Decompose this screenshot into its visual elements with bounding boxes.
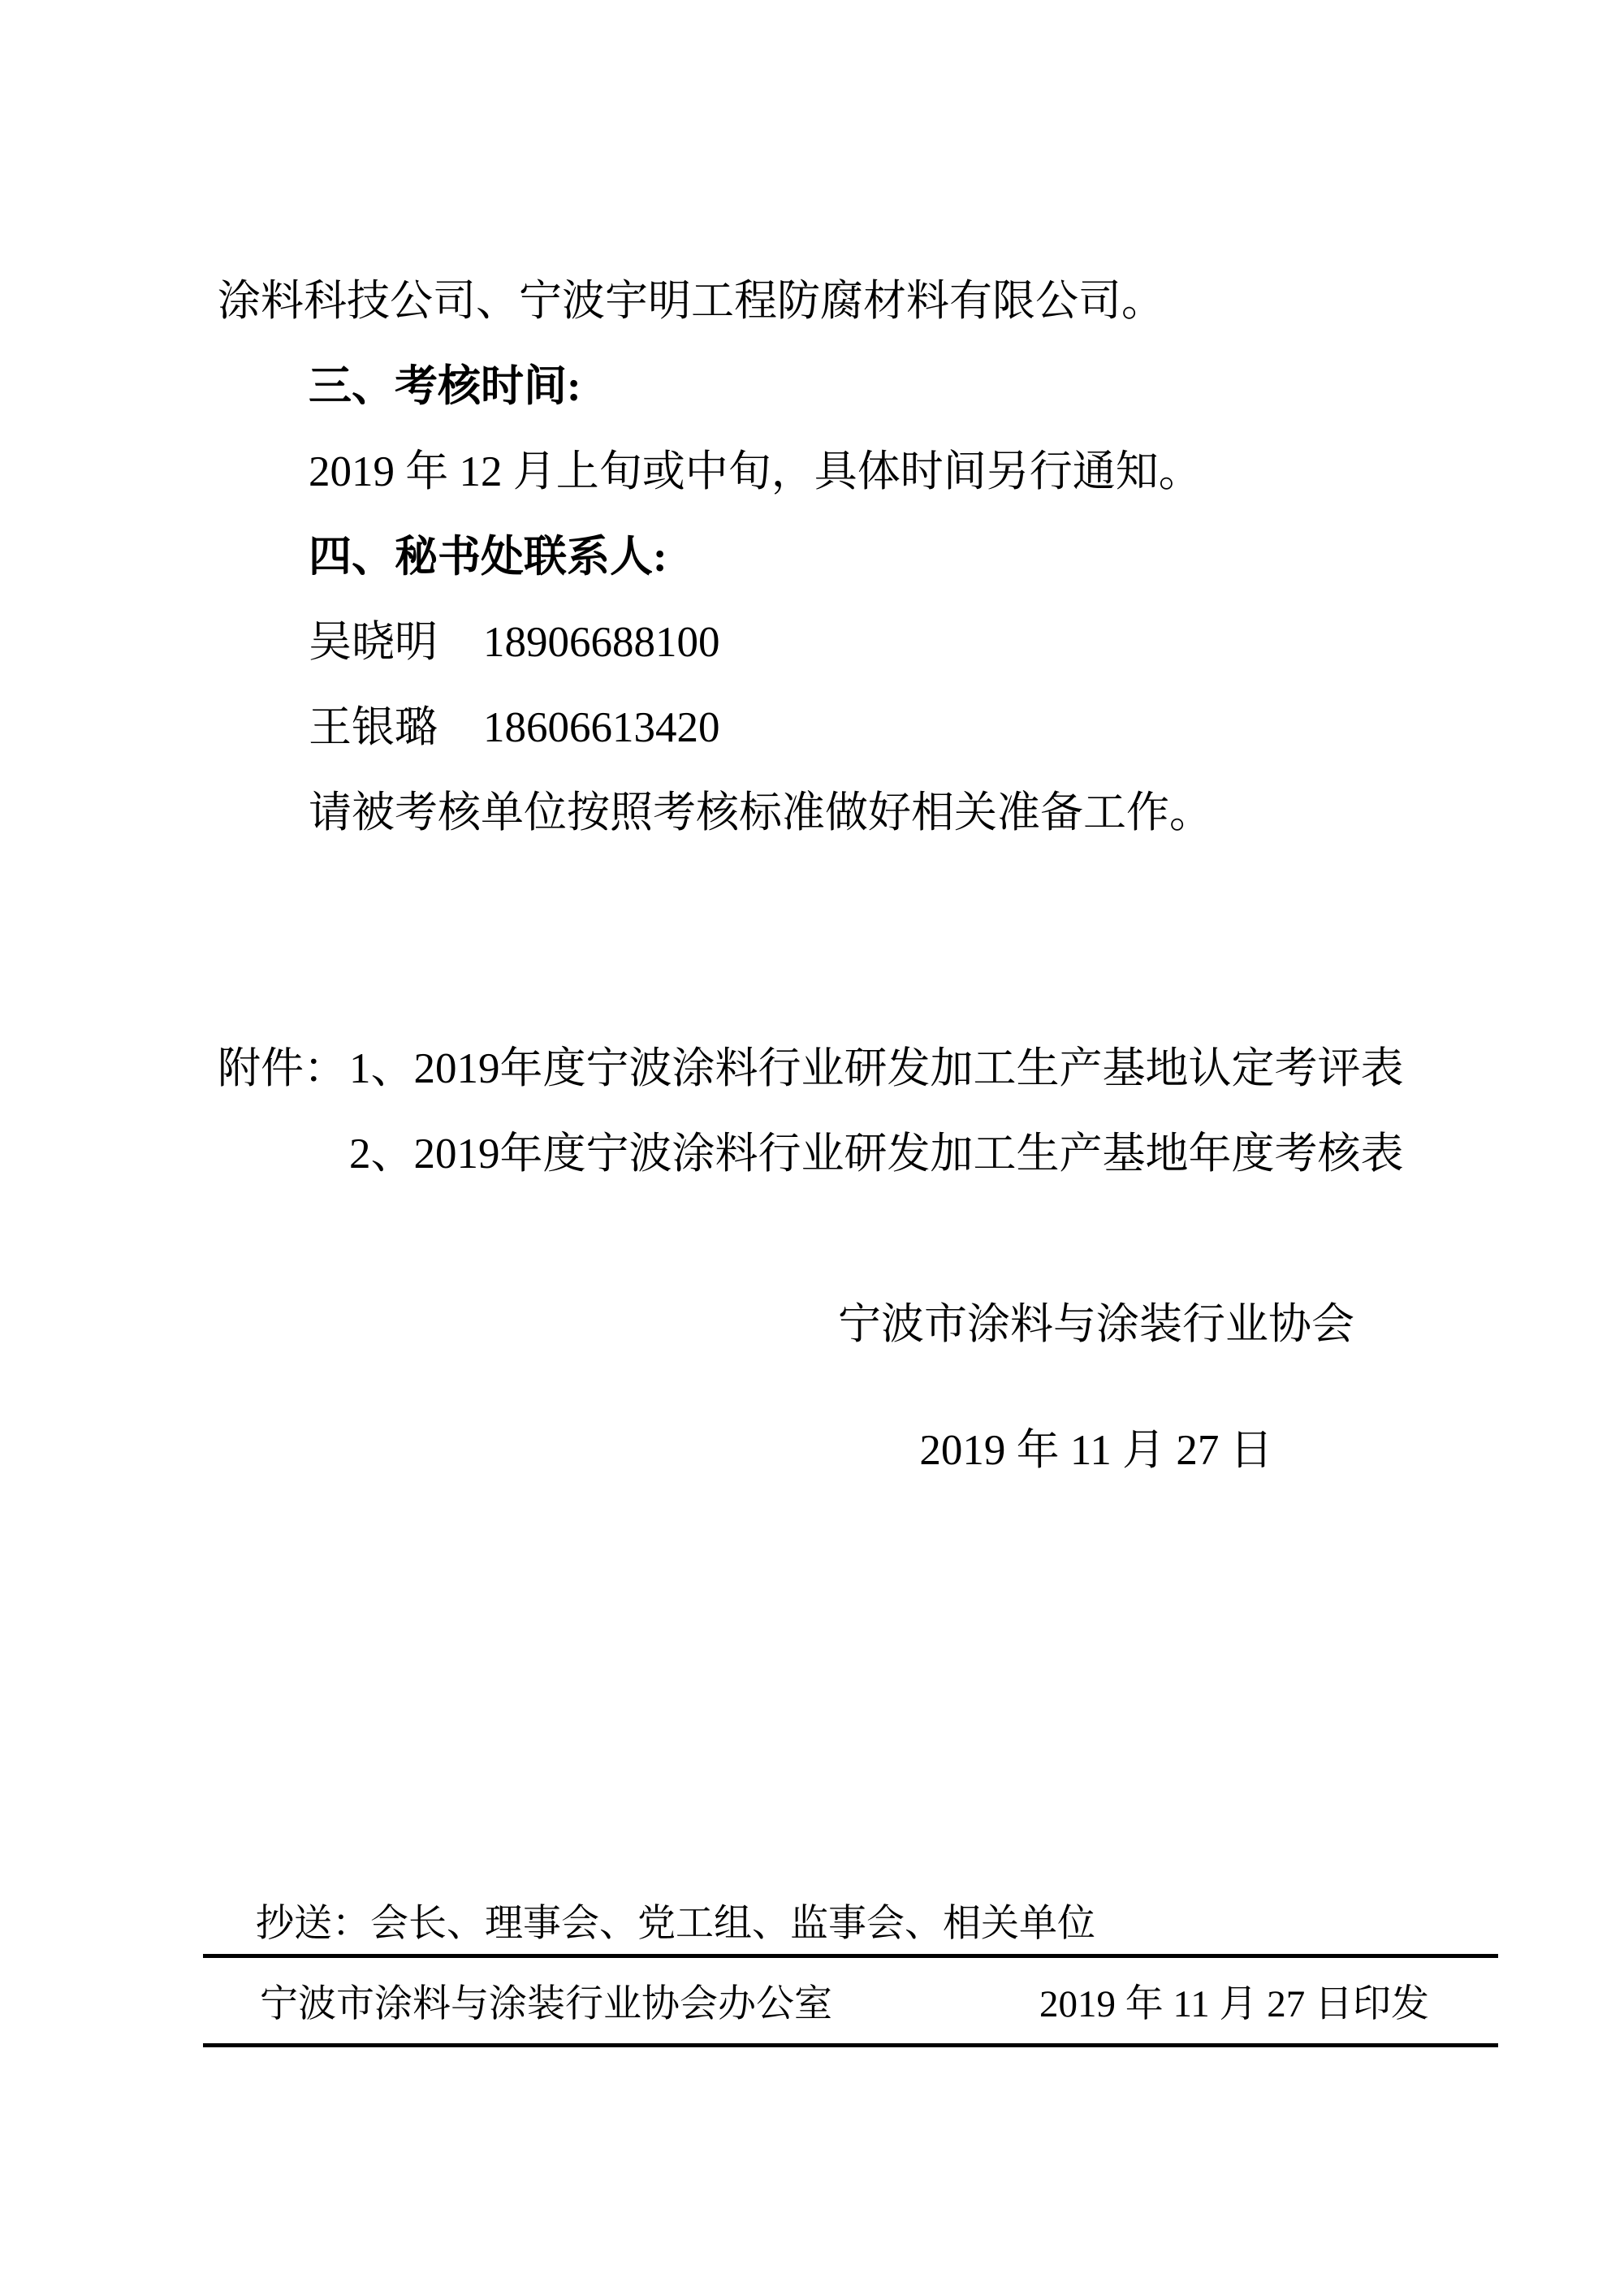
signature-date: 2019 年 11 月 27 日 bbox=[731, 1408, 1462, 1493]
document-footer: 抄送：会长、理事会、党工组、监事会、相关单位 宁波市涂料与涂装行业协会办公室 2… bbox=[203, 1894, 1498, 2047]
issue-line: 宁波市涂料与涂装行业协会办公室 2019 年 11 月 27 日印发 bbox=[203, 1958, 1498, 2043]
document-body: 涂料科技公司、宁波宇明工程防腐材料有限公司。 三、考核时间: 2019 年 12… bbox=[218, 0, 1517, 1493]
attachments-list: 1、2019年度宁波涂料行业研发加工生产基地认定考评表 2、2019年度宁波涂料… bbox=[349, 1026, 1404, 1197]
signature-block: 宁波市涂料与涂装行业协会 2019 年 11 月 27 日 bbox=[731, 1282, 1462, 1493]
document-page: 涂料科技公司、宁波宇明工程防腐材料有限公司。 三、考核时间: 2019 年 12… bbox=[0, 0, 1624, 2295]
assessment-time-text: 2019 年 12 月上旬或中旬，具体时间另行通知。 bbox=[218, 430, 1517, 515]
section-heading-assessment-time: 三、考核时间: bbox=[218, 344, 1517, 430]
attachments-block: 附件： 1、2019年度宁波涂料行业研发加工生产基地认定考评表 2、2019年度… bbox=[218, 1026, 1517, 1197]
attachments-label: 附件： bbox=[218, 1026, 349, 1112]
contact-phone: 18906688100 bbox=[483, 619, 720, 666]
issue-date: 2019 年 11 月 27 日印发 bbox=[1039, 1973, 1429, 2028]
footer-bottom-rule bbox=[203, 2043, 1498, 2047]
issuing-office: 宁波市涂料与涂装行业协会办公室 bbox=[260, 1973, 832, 2028]
contact-row: 吴晓明18906688100 bbox=[218, 600, 1517, 685]
signature-organization: 宁波市涂料与涂装行业协会 bbox=[731, 1282, 1462, 1368]
preparation-note-text: 请被考核单位按照考核标准做好相关准备工作。 bbox=[218, 771, 1517, 856]
attachment-item: 2、2019年度宁波涂料行业研发加工生产基地年度考核表 bbox=[349, 1112, 1404, 1197]
contact-phone: 18606613420 bbox=[483, 704, 720, 751]
cc-line: 抄送：会长、理事会、党工组、监事会、相关单位 bbox=[203, 1894, 1498, 1954]
attachment-item: 1、2019年度宁波涂料行业研发加工生产基地认定考评表 bbox=[349, 1026, 1404, 1112]
section-heading-secretariat-contacts: 四、秘书处联系人: bbox=[218, 515, 1517, 600]
contact-name: 吴晓明 bbox=[309, 600, 438, 685]
contact-row: 王银璐18606613420 bbox=[218, 685, 1517, 771]
contact-name: 王银璐 bbox=[309, 685, 438, 771]
body-paragraph-continuation: 涂料科技公司、宁波宇明工程防腐材料有限公司。 bbox=[218, 259, 1517, 344]
